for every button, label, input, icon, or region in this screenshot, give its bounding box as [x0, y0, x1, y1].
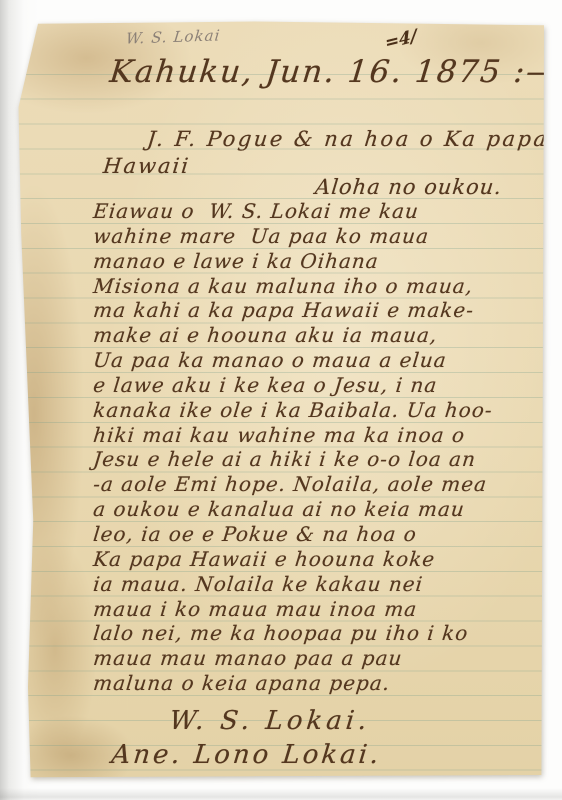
letter-page: W. S. Lokai Kahuku, Jun. 16. 1875 :— =4/… — [18, 20, 544, 778]
handwritten-line: ia maua. Nolaila ke kakau nei — [92, 572, 543, 597]
handwritten-line: maua mau manao paa a pau — [92, 646, 543, 671]
handwritten-line: lalo nei, me ka hoopaa pu iho i ko — [92, 621, 543, 646]
addressee-line-2: Hawaii — [102, 154, 191, 178]
handwritten-line: wahine mare Ua paa ko maua — [92, 224, 543, 249]
handwritten-line: Ua paa ka manao o maua a elua — [92, 348, 543, 373]
handwritten-line: Ka papa Hawaii e hoouna koke — [92, 547, 543, 572]
handwritten-line: make ai e hoouna aku ia maua, — [92, 323, 543, 348]
handwritten-line: maua i ko maua mau inoa ma — [92, 597, 543, 622]
handwritten-line: Misiona a kau maluna iho o maua, — [92, 274, 543, 299]
handwritten-line: ma kahi a ka papa Hawaii e make- — [92, 298, 543, 323]
addressee-line-1: J. F. Pogue & na hoa o Ka papa — [146, 127, 550, 151]
handwritten-line: kanaka ike ole i ka Baibala. Ua hoo- — [92, 398, 543, 423]
pencil-annotation: W. S. Lokai — [125, 26, 221, 47]
signature-line-2: Ane. Lono Lokai. — [110, 740, 383, 770]
handwritten-line: Jesu e hele ai a hiki i ke o-o loa an — [92, 447, 543, 472]
handwritten-line: manao e lawe i ka Oihana — [92, 249, 543, 274]
handwritten-line: leo, ia oe e Pokue & na hoa o — [92, 522, 543, 547]
handwritten-line: Eiawau o W. S. Lokai me kau — [92, 199, 543, 224]
handwritten-line: hiki mai kau wahine ma ka inoa o — [92, 423, 543, 448]
handwritten-line: e lawe aku i ke kea o Jesu, i na — [92, 373, 543, 398]
greeting-line: Aloha no oukou. — [314, 175, 503, 199]
letter-body: Eiawau o W. S. Lokai me kau wahine mare … — [92, 199, 540, 696]
scanner-background: W. S. Lokai Kahuku, Jun. 16. 1875 :— =4/… — [0, 0, 562, 800]
letter-page-wrapper: W. S. Lokai Kahuku, Jun. 16. 1875 :— =4/… — [18, 20, 544, 778]
date-line: Kahuku, Jun. 16. 1875 :— — [108, 54, 561, 90]
handwritten-line: a oukou e kanalua ai no keia mau — [92, 497, 543, 522]
handwritten-line: -a aole Emi hope. Nolaila, aole mea — [92, 472, 543, 497]
date-correction-mark: =4/ — [385, 26, 418, 54]
signature-line-1: W. S. Lokai. — [168, 706, 372, 736]
handwritten-line: maluna o keia apana pepa. — [92, 671, 543, 696]
